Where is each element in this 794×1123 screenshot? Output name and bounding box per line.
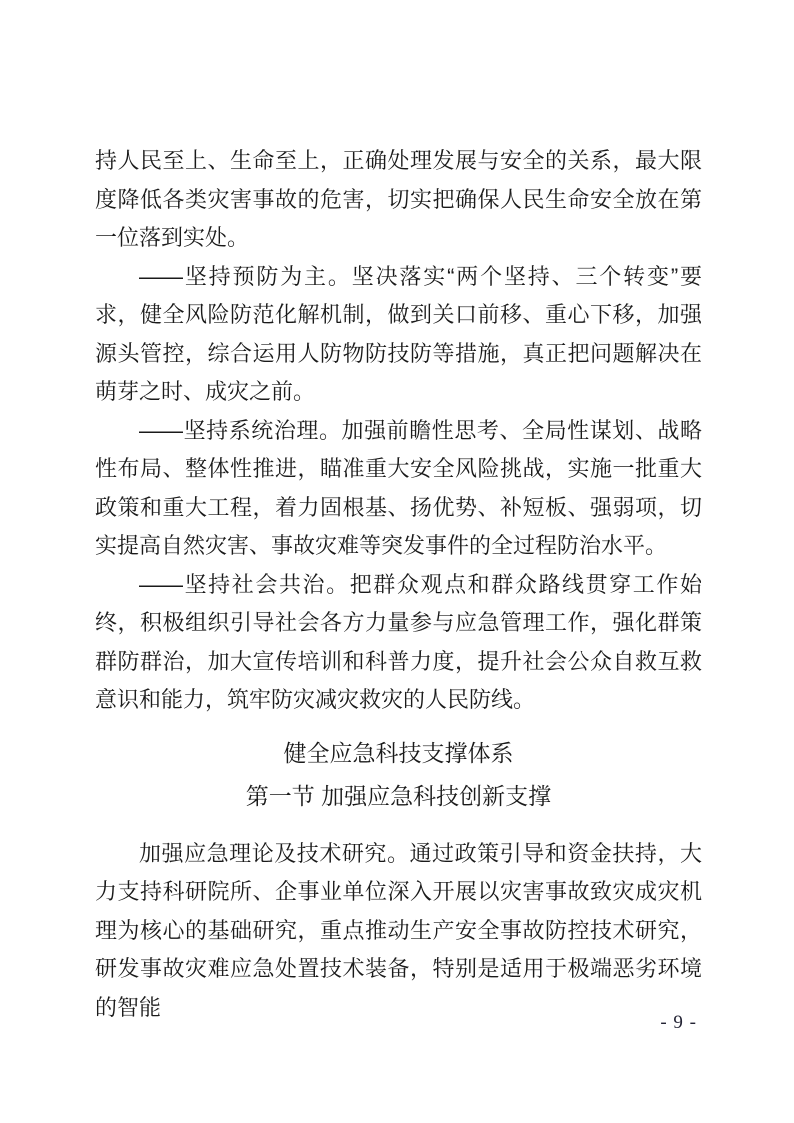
document-page: 持人民至上、生命至上，正确处理发展与安全的关系，最大限度降低各类灾害事故的危害，… xyxy=(0,0,794,1123)
text-column: 持人民至上、生命至上，正确处理发展与安全的关系，最大限度降低各类灾害事故的危害，… xyxy=(95,0,702,1027)
paragraph-social-co-governance: ——坚持社会共治。把群众观点和群众路线贯穿工作始终，积极组织引导社会各方力量参与… xyxy=(95,566,702,720)
paragraph-prevention-first: ——坚持预防为主。坚决落实“两个坚持、三个转变”要求，健全风险防范化解机制，做到… xyxy=(95,258,702,412)
paragraph-emergency-research: 加强应急理论及技术研究。通过政策引导和资金扶持，大力支持科研院所、企事业单位深入… xyxy=(95,835,702,1028)
section-heading: 第一节 加强应急科技创新支撑 xyxy=(95,777,702,816)
paragraph-systematic-governance: ——坚持系统治理。加强前瞻性思考、全局性谋划、战略性布局、整体性推进，瞄准重大安… xyxy=(95,412,702,566)
chapter-heading: 健全应急科技支撑体系 xyxy=(95,734,702,773)
paragraph-people-first-continuation: 持人民至上、生命至上，正确处理发展与安全的关系，最大限度降低各类灾害事故的危害，… xyxy=(95,142,702,258)
page-number: - 9 - xyxy=(660,1012,697,1034)
